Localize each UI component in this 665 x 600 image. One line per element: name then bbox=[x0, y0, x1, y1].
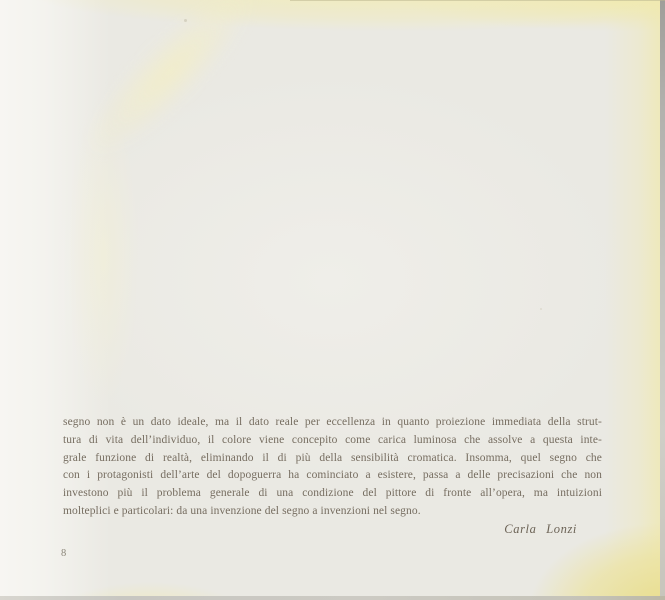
paper-speck bbox=[540, 308, 542, 310]
text-line: molteplici e particolari: da una invenzi… bbox=[63, 503, 602, 521]
text-line: tura di vita dell’individuo, il colore v… bbox=[63, 432, 602, 450]
text-line: grale funzione di realtà, eliminando il … bbox=[63, 450, 602, 468]
scanned-page: segno non è un dato ideale, ma il dato r… bbox=[0, 0, 665, 600]
page-edge-shadow-bottom bbox=[0, 596, 665, 600]
text-line: con i protagonisti dell’arte del dopogue… bbox=[63, 467, 602, 485]
signature: Carla Lonzi bbox=[63, 521, 602, 539]
text-line: investono più il problema generale di un… bbox=[63, 485, 602, 503]
page-number: 8 bbox=[61, 548, 67, 559]
paragraph: segno non è un dato ideale, ma il dato r… bbox=[63, 414, 602, 539]
paper-speck bbox=[184, 19, 187, 22]
page-edge-shadow-top bbox=[290, 0, 665, 1]
page-edge-shadow-right bbox=[660, 0, 665, 600]
text-line: segno non è un dato ideale, ma il dato r… bbox=[63, 414, 602, 432]
